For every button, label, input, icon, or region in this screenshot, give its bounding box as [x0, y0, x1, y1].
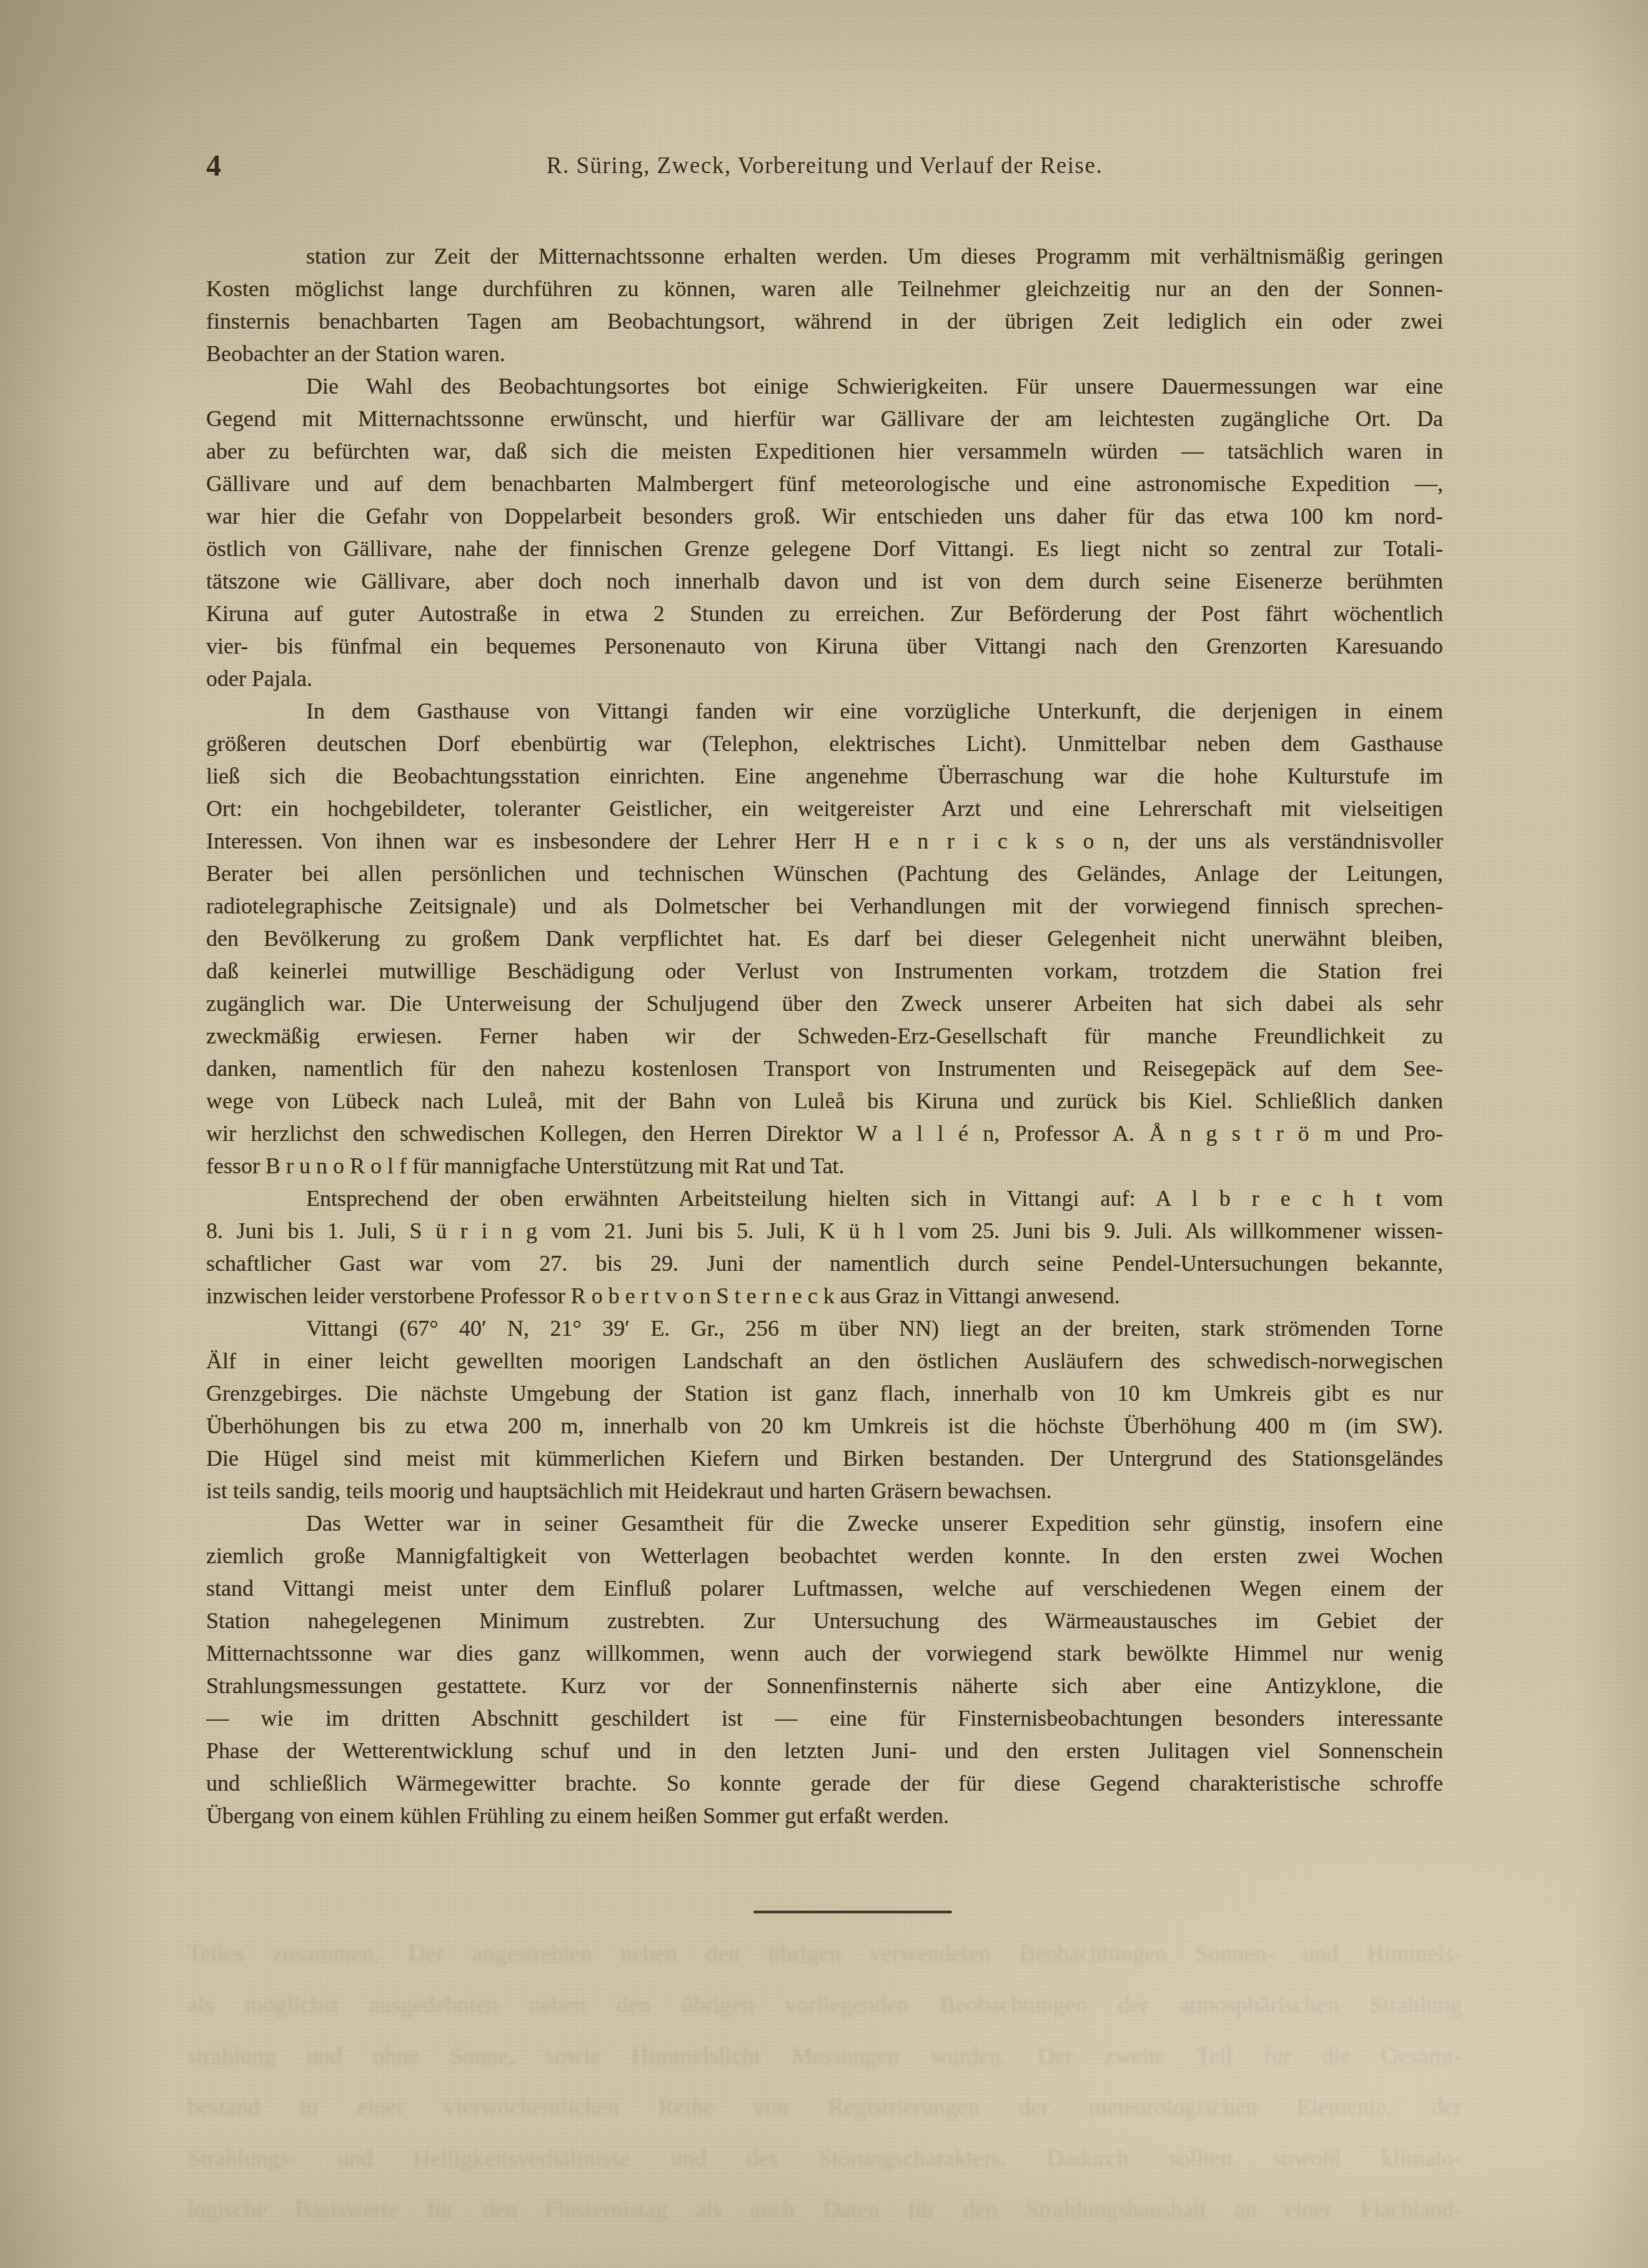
bleed-through-line: bestand in einer vierwöchentlichen Reihe…	[187, 2082, 1462, 2133]
bleed-through-line: Strahlungs- und Helligkeitsverhältnisse …	[187, 2133, 1462, 2184]
text-block: station zur Zeit der Mitternachtssonne e…	[206, 240, 1443, 1832]
text-line: größeren deutschen Dorf ebenbürtig war (…	[206, 727, 1443, 760]
bleed-through-line: als möglichst ausgedehnten neben den übr…	[187, 1979, 1462, 2031]
text-line: finsternis benachbarten Tagen am Beobach…	[206, 305, 1443, 337]
text-line: tätszone wie Gällivare, aber doch noch i…	[206, 565, 1443, 597]
text-line: Die Hügel sind meist mit kümmerlichen Ki…	[206, 1442, 1443, 1475]
text-line: Strahlungsmessungen gestattete. Kurz vor…	[206, 1669, 1443, 1702]
text-line: aber zu befürchten war, daß sich die mei…	[206, 435, 1443, 467]
text-line: station zur Zeit der Mitternachtssonne e…	[206, 240, 1443, 272]
paragraph: Vittangi (67° 40′ N, 21° 39′ E. Gr., 256…	[206, 1312, 1443, 1507]
text-line: und schließlich Wärmegewitter brachte. S…	[206, 1767, 1443, 1799]
running-title: R. Süring, Zweck, Vorbereitung und Verla…	[206, 152, 1443, 179]
paragraph: Die Wahl des Beobachtungsortes bot einig…	[206, 370, 1443, 695]
text-line: war hier die Gefahr von Doppelarbeit bes…	[206, 500, 1443, 532]
bleed-through-line: logische Basiswerte für den Finsternista…	[187, 2184, 1462, 2236]
paragraph: station zur Zeit der Mitternachtssonne e…	[206, 240, 1443, 370]
running-head: 4 R. Süring, Zweck, Vorbereitung und Ver…	[206, 149, 1443, 192]
paragraph: Das Wetter war in seiner Gesamtheit für …	[206, 1507, 1443, 1832]
text-line: schaftlicher Gast war vom 27. bis 29. Ju…	[206, 1247, 1443, 1280]
text-line: fessor B r u n o R o l f für mannigfache…	[206, 1150, 1443, 1182]
text-line: ließ sich die Beobachtungsstation einric…	[206, 760, 1443, 792]
text-line: Kiruna auf guter Autostraße in etwa 2 St…	[206, 597, 1443, 630]
text-line: Entsprechend der oben erwähnten Arbeitst…	[206, 1182, 1443, 1215]
text-line: wir herzlichst den schwedischen Kollegen…	[206, 1117, 1443, 1150]
bleed-through-line: Teiles zusammen. Der angestrebten neben …	[187, 1928, 1462, 1979]
text-line: inzwischen leider verstorbene Professor …	[206, 1280, 1443, 1312]
text-line: Das Wetter war in seiner Gesamtheit für …	[206, 1507, 1443, 1539]
text-line: zweckmäßig erwiesen. Ferner haben wir de…	[206, 1020, 1443, 1052]
text-line: Überhöhungen bis zu etwa 200 m, innerhal…	[206, 1410, 1443, 1442]
text-line: stand Vittangi meist unter dem Einfluß p…	[206, 1572, 1443, 1604]
text-line: 8. Juni bis 1. Juli, S ü r i n g vom 21.…	[206, 1215, 1443, 1247]
text-line: Interessen. Von ihnen war es insbesonder…	[206, 825, 1443, 857]
text-line: radiotelegraphische Zeitsignale) und als…	[206, 890, 1443, 922]
text-line: Vittangi (67° 40′ N, 21° 39′ E. Gr., 256…	[206, 1312, 1443, 1345]
section-divider-rule	[753, 1911, 952, 1913]
text-line: Älf in einer leicht gewellten moorigen L…	[206, 1345, 1443, 1377]
text-line: östlich von Gällivare, nahe der finnisch…	[206, 532, 1443, 565]
text-line: Phase der Wetterentwicklung schuf und in…	[206, 1734, 1443, 1767]
text-line: danken, namentlich für den nahezu kosten…	[206, 1052, 1443, 1085]
text-line: ist teils sandig, teils moorig und haupt…	[206, 1475, 1443, 1507]
text-line: Grenzgebirges. Die nächste Umgebung der …	[206, 1377, 1443, 1410]
text-line: Die Wahl des Beobachtungsortes bot einig…	[206, 370, 1443, 402]
bleed-through-ghost-text: Teiles zusammen. Der angestrebten neben …	[187, 1928, 1462, 2236]
text-line: Beobachter an der Station waren.	[206, 337, 1443, 370]
text-line: vier- bis fünfmal ein bequemes Personena…	[206, 630, 1443, 662]
scanned-book-page: 4 R. Süring, Zweck, Vorbereitung und Ver…	[0, 0, 1648, 2268]
text-line: Ort: ein hochgebildeter, toleranter Geis…	[206, 792, 1443, 825]
text-line: — wie im dritten Abschnitt geschildert i…	[206, 1702, 1443, 1734]
text-line: oder Pajala.	[206, 662, 1443, 695]
text-line: Berater bei allen persönlichen und techn…	[206, 857, 1443, 890]
text-line: Übergang von einem kühlen Frühling zu ei…	[206, 1799, 1443, 1832]
text-line: In dem Gasthause von Vittangi fanden wir…	[206, 695, 1443, 727]
text-line: wege von Lübeck nach Luleå, mit der Bahn…	[206, 1085, 1443, 1117]
text-line: Mitternachtssonne war dies ganz willkomm…	[206, 1637, 1443, 1669]
text-line: den Bevölkerung zu großem Dank verpflich…	[206, 922, 1443, 955]
bleed-through-line: strahlung und ohne Sonne, sowie Himmelsl…	[187, 2031, 1462, 2082]
text-line: Gällivare und auf dem benachbarten Malmb…	[206, 467, 1443, 500]
text-line: Kosten möglichst lange durchführen zu kö…	[206, 272, 1443, 305]
text-line: ziemlich große Mannigfaltigkeit von Wett…	[206, 1539, 1443, 1572]
text-line: daß keinerlei mutwillige Beschädigung od…	[206, 955, 1443, 987]
text-line: zugänglich war. Die Unterweisung der Sch…	[206, 987, 1443, 1020]
paragraph: Entsprechend der oben erwähnten Arbeitst…	[206, 1182, 1443, 1312]
paragraph: In dem Gasthause von Vittangi fanden wir…	[206, 695, 1443, 1182]
text-line: Gegend mit Mitternachtssonne erwünscht, …	[206, 402, 1443, 435]
text-line: Station nahegelegenen Minimum zustrebten…	[206, 1604, 1443, 1637]
